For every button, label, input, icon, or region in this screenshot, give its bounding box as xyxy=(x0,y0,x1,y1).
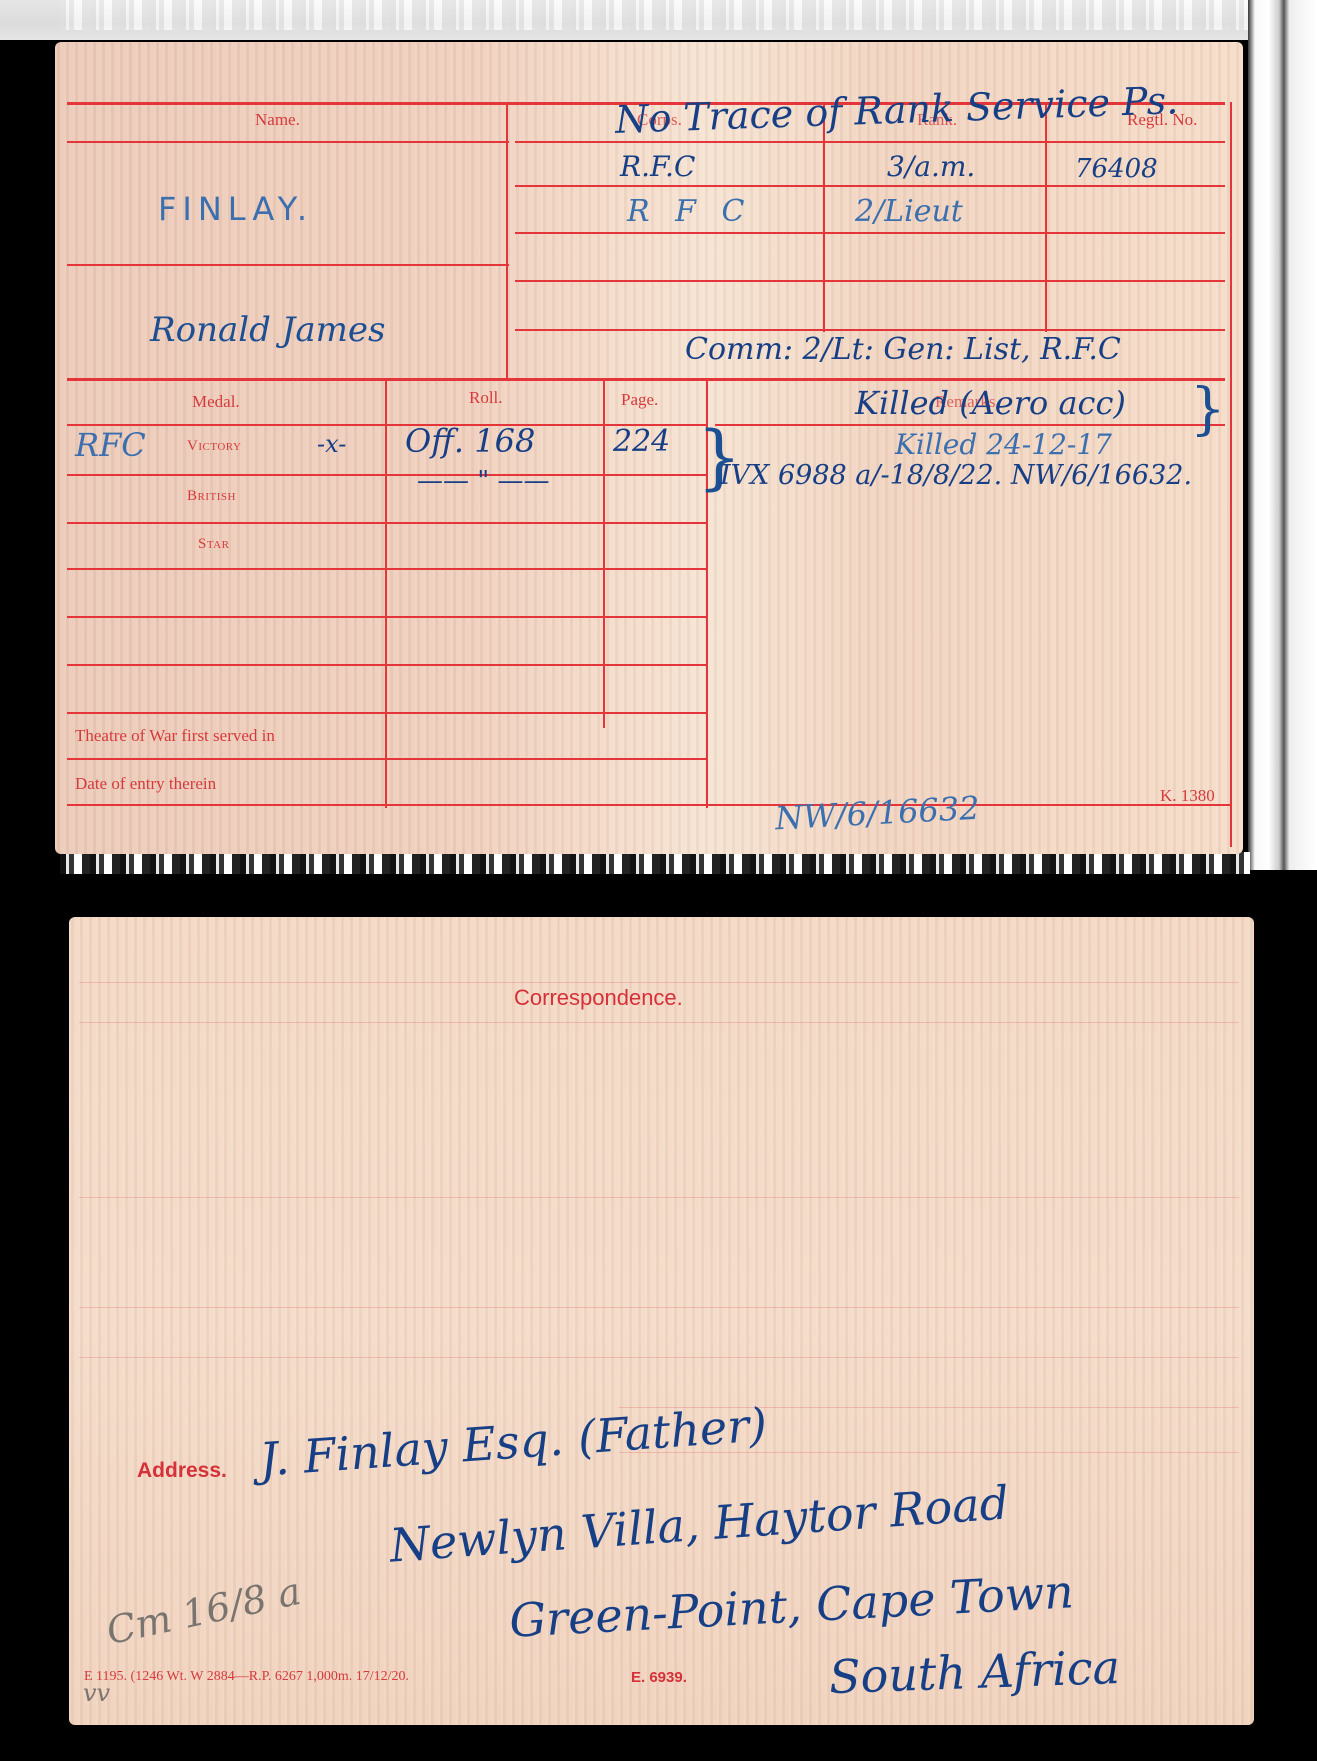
corps-row-1: R.F.C xyxy=(620,150,695,183)
show-through-line xyxy=(79,982,1239,983)
medal-row-rule-7 xyxy=(67,712,707,714)
service-row-1 xyxy=(515,185,1225,187)
rank-regtl-divider xyxy=(1045,102,1047,332)
name-col-divider xyxy=(506,102,508,379)
address-line-2: Newlyn Villa, Haytor Road xyxy=(388,1475,1011,1572)
medal-star-label: Star xyxy=(198,536,229,553)
corps-row-2: R F C xyxy=(627,194,752,229)
medal-row-rule-2 xyxy=(67,474,707,476)
medal-victory-label: Victory xyxy=(187,438,241,455)
service-row-4 xyxy=(515,329,1225,331)
victory-page: 224 xyxy=(613,424,670,459)
medal-header: Medal. xyxy=(192,392,240,412)
medal-british-label: British xyxy=(187,488,236,505)
commission-note: Comm: 2/Lt: Gen: List, R.F.C xyxy=(685,332,1121,367)
show-through-line xyxy=(79,1357,1239,1358)
medal-section-rule xyxy=(67,378,1225,381)
address-label: Address. xyxy=(137,1459,227,1483)
victory-roll: Off. 168 xyxy=(405,422,535,460)
medal-index-card-back: Correspondence. Address. J. Finlay Esq. … xyxy=(69,917,1254,1725)
form-number: K. 1380 xyxy=(1160,786,1215,806)
medal-row-rule-8 xyxy=(67,758,707,760)
roll-page-divider xyxy=(603,378,605,728)
service-row-2 xyxy=(515,232,1225,234)
remarks-line-2: Killed 24-12-17 xyxy=(895,428,1112,461)
pencil-note: Cm 16/8 a xyxy=(103,1569,305,1653)
correspondence-title: Correspondence. xyxy=(514,985,683,1011)
medal-row-rule-3 xyxy=(67,522,707,524)
medal-index-card-front: Name. Corps. Rank. Regtl. No. Medal. Rol… xyxy=(55,42,1243,854)
show-through-line xyxy=(79,1197,1239,1198)
medal-row-rule-9 xyxy=(67,804,1230,806)
show-through-line xyxy=(79,1022,1239,1023)
remarks-line-3: IVX 6988 a/-18/8/22. NW/6/16632. xyxy=(720,460,1192,491)
rank-row-2: 2/Lieut xyxy=(855,194,963,229)
scan-edge-bottom xyxy=(60,852,1250,874)
scan-edge-right xyxy=(1248,0,1317,870)
show-through-line xyxy=(79,1307,1239,1308)
roll-header: Roll. xyxy=(469,388,503,408)
medal-row-rule-6 xyxy=(67,664,707,666)
file-reference: NW/6/16632 xyxy=(774,789,980,838)
surname: FINLAY. xyxy=(158,190,313,228)
name-header-rule xyxy=(67,141,509,143)
medal-prefix: RFC xyxy=(75,426,146,464)
corps-rank-divider xyxy=(823,102,825,332)
name-mid-rule xyxy=(67,264,509,266)
remarks-header-rule xyxy=(715,424,1225,426)
forenames: Ronald James xyxy=(150,310,385,350)
regtl-no-row-1: 76408 xyxy=(1075,154,1158,184)
address-line-4: South Africa xyxy=(828,1640,1121,1704)
print-code: E. 6939. xyxy=(631,1669,687,1686)
print-footer: E 1195. (1246 Wt. W 2884—R.P. 6267 1,000… xyxy=(84,1669,409,1685)
medal-roll-divider xyxy=(385,378,387,808)
date-entry-label: Date of entry therein xyxy=(75,774,216,794)
name-header: Name. xyxy=(255,110,300,130)
medal-row-rule-1 xyxy=(67,424,707,426)
service-row-3 xyxy=(515,280,1225,282)
right-border xyxy=(1230,102,1232,847)
page-header: Page. xyxy=(621,390,658,410)
theatre-label: Theatre of War first served in xyxy=(75,726,275,746)
medal-row-rule-4 xyxy=(67,568,707,570)
remarks-brace-icon: } xyxy=(1190,382,1226,438)
remarks-line-1: Killed (Aero acc) xyxy=(855,384,1126,422)
address-line-1: J. Finlay Esq. (Father) xyxy=(258,1397,769,1486)
address-line-3: Green-Point, Cape Town xyxy=(508,1564,1075,1647)
medal-row-rule-5 xyxy=(67,616,707,618)
british-roll-ditto: —— " —— xyxy=(417,466,550,496)
rank-row-1: 3/a.m. xyxy=(887,150,975,183)
scan-white-strip xyxy=(0,0,1317,40)
victory-mark: -x- xyxy=(317,430,346,458)
annotation-top: No Trace of Rank Service Ps. xyxy=(614,78,1178,142)
